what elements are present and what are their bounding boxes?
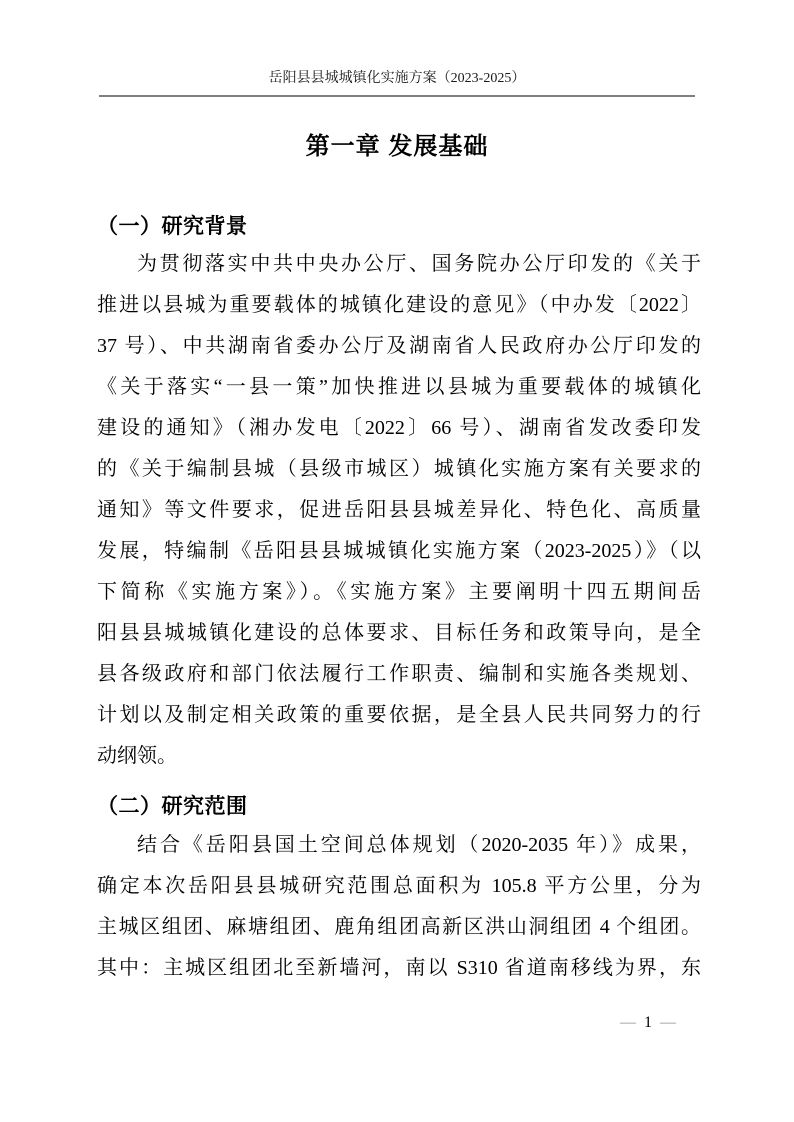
page-number-dash-left: —: [620, 1014, 636, 1031]
text-line: 主城区组团、麻塘组团、鹿角组团高新区洪山洞组团 4 个组团。: [97, 907, 701, 948]
text-line: 的《关于编制县城（县级市城区）城镇化实施方案有关要求的: [97, 449, 701, 490]
page-number-value: 1: [644, 1014, 652, 1031]
text-line: 下简称《实施方案》）。《实施方案》主要阐明十四五期间岳: [97, 572, 701, 613]
text-line: 为贯彻落实中共中央办公厅、国务院办公厅印发的《关于: [97, 244, 701, 285]
page-number: —1—: [620, 1011, 676, 1035]
text-line: 确定本次岳阳县县城研究范围总面积为 105.8 平方公里，分为: [97, 866, 701, 907]
text-line: 计划以及制定相关政策的重要依据，是全县人民共同努力的行: [97, 695, 701, 736]
text-line: 《关于落实“一县一策”加快推进以县城为重要载体的城镇化: [97, 367, 701, 408]
text-line: 推进以县城为重要载体的城镇化建设的意见》（中办发〔2022〕: [97, 285, 701, 326]
chapter-title: 第一章 发展基础: [0, 129, 794, 165]
text-line: 建设的通知》（湘办发电〔2022〕66 号）、湖南省发改委印发: [97, 408, 701, 449]
section-heading-research-background: （一）研究背景: [97, 211, 701, 241]
paragraph-research-scope: 结合《岳阳县国土空间总体规划（2020-2035 年）》成果， 确定本次岳阳县县…: [97, 825, 701, 989]
text-line: 结合《岳阳县国土空间总体规划（2020-2035 年）》成果，: [97, 825, 701, 866]
text-line: 其中：主城区组团北至新墙河，南以 S310 省道南移线为界，东: [97, 948, 701, 989]
text-line: 通知》等文件要求，促进岳阳县县城差异化、特色化、高质量: [97, 490, 701, 531]
text-line: 阳县县城城镇化建设的总体要求、目标任务和政策导向，是全: [97, 613, 701, 654]
text-line: 37 号）、中共湖南省委办公厅及湖南省人民政府办公厅印发的: [97, 326, 701, 367]
header-title: 岳阳县县城城镇化实施方案（2023-2025）: [0, 69, 794, 89]
page-number-dash-right: —: [660, 1014, 676, 1031]
paragraph-research-background: 为贯彻落实中共中央办公厅、国务院办公厅印发的《关于 推进以县城为重要载体的城镇化…: [97, 244, 701, 777]
text-line: 县各级政府和部门依法履行工作职责、编制和实施各类规划、: [97, 654, 701, 695]
section-heading-research-scope: （二）研究范围: [97, 791, 701, 821]
text-line: 发展，特编制《岳阳县县城城镇化实施方案（2023-2025）》（以: [97, 531, 701, 572]
text-line: 动纲领。: [97, 736, 701, 777]
header-rule: [99, 95, 695, 97]
document-page: 岳阳县县城城镇化实施方案（2023-2025） 第一章 发展基础 （一）研究背景…: [0, 0, 794, 1122]
